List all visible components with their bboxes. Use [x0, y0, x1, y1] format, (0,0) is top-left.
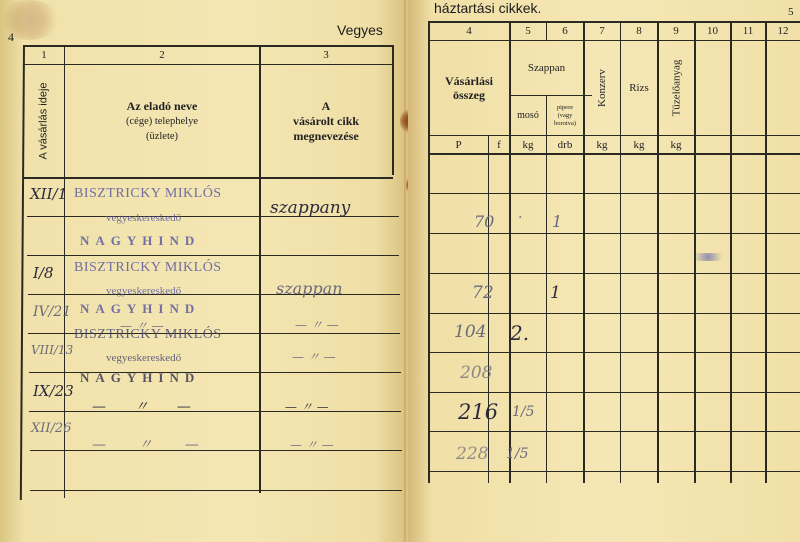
col-number-1: 1	[24, 46, 64, 64]
unit-pengo: P	[429, 136, 488, 153]
soap-toilet-cell: 1	[552, 212, 562, 231]
seller-stamp-place: NAGYHIND	[80, 233, 200, 249]
unit-row-line	[428, 153, 800, 155]
unit-kg: kg	[621, 136, 657, 153]
amount-cell: 104	[454, 322, 486, 342]
col-number-5: 5	[510, 22, 546, 40]
unit-kg: kg	[584, 136, 620, 153]
amount-cell: 70	[474, 212, 494, 231]
col-number-3: 3	[260, 46, 392, 64]
col-number-6: 6	[547, 22, 583, 40]
col-divider-5-6	[546, 95, 547, 483]
header-canned-label: Konzerv	[596, 69, 608, 107]
header-fuel-label: Tüzelőanyag	[670, 60, 682, 117]
header-purchase-date: A vásárlás ideje	[24, 65, 64, 177]
date-cell: VIII/13	[31, 343, 73, 357]
header-soap-washing: mosó	[510, 96, 546, 135]
unit-kg: kg	[510, 136, 546, 153]
seller-stamp-name: BISZTRICKY MIKLÓS	[74, 260, 222, 276]
col-number-7: 7	[584, 22, 620, 40]
soap-washing-cell: 2.	[510, 321, 529, 345]
item-cell: szappan	[276, 279, 343, 298]
date-cell: I/8	[33, 264, 54, 282]
date-cell: XII/1	[30, 185, 67, 203]
header-rice: Rizs	[621, 41, 657, 135]
seller-stamp-name: BISZTRICKY MIKLÓS	[74, 327, 222, 343]
header-seller-line3: (üzlete)	[146, 129, 178, 144]
page-title-left: Vegyes	[337, 22, 383, 38]
row-line	[428, 313, 800, 314]
row-line	[27, 255, 399, 256]
row-line	[428, 233, 800, 234]
header-purchase-amount: Vásárlási összeg	[429, 41, 509, 135]
header-fuel: Tüzelőanyag	[658, 41, 694, 135]
unit-kg: kg	[658, 136, 694, 153]
amount-cell: 216	[458, 400, 498, 424]
col-divider-11-12	[765, 21, 767, 483]
seller-stamp-trade: vegyeskereskedő	[106, 285, 181, 297]
page-number-right: 5	[788, 6, 794, 18]
soap-washing-cell: ·	[518, 210, 522, 226]
header-item-line3: megnevezése	[293, 129, 358, 144]
item-cell: — 〃 —	[285, 398, 329, 415]
seller-stamp-place: NAGYHIND	[80, 370, 200, 386]
amount-cell: 228	[456, 444, 488, 464]
header-soap: Szappan	[510, 41, 583, 95]
row-line	[30, 450, 402, 451]
page-number-left: 4	[8, 30, 14, 45]
row-line	[428, 352, 800, 353]
row-line	[428, 471, 800, 472]
item-cell: — 〃 —	[292, 348, 336, 365]
seller-stamp-place: NAGYHIND	[80, 301, 200, 317]
unit-filler: f	[489, 136, 509, 153]
page-title-right: háztartási cikkek.	[434, 0, 541, 16]
col-number-11: 11	[731, 22, 765, 40]
header-canned: Konzerv	[584, 41, 620, 135]
header-purchase-date-label: A vásárlás ideje	[38, 82, 50, 159]
row-line	[428, 392, 800, 393]
item-cell: — 〃 —	[295, 316, 339, 333]
amount-cell: 72	[472, 283, 494, 303]
header-item-line1: A	[322, 99, 331, 114]
header-item-line2: vásárolt cikk	[293, 114, 359, 129]
col-divider-10-11	[730, 21, 732, 483]
seller-stamp-name: BISZTRICKY MIKLÓS	[74, 186, 222, 202]
seller-ditto: — 〃 —	[92, 434, 213, 454]
col-divider-p-f	[488, 135, 489, 483]
header-soap-toilet: pipere (vagy borotva)	[547, 96, 583, 135]
col-number-2: 2	[65, 46, 259, 64]
row-line	[30, 490, 402, 491]
table-right-border	[392, 45, 394, 175]
soap-washing-cell: 1/5	[512, 404, 535, 420]
header-seller-line2: (cége) telephelye	[126, 114, 198, 129]
soap-toilet-cell: 1	[550, 283, 561, 303]
ink-spots	[688, 253, 728, 261]
left-page: 4 Vegyes 1 2 3 A vásárlás ideje Az eladó…	[0, 0, 408, 542]
date-cell: XII/26	[31, 421, 71, 436]
item-cell: szappany	[270, 198, 350, 218]
amount-cell: 208	[460, 363, 492, 383]
col-number-10: 10	[695, 22, 730, 40]
row-line	[428, 431, 800, 432]
row-line	[428, 273, 800, 274]
right-page: háztartási cikkek. 5 4 5 6 7 8 9 10 11 1…	[408, 0, 800, 542]
col-number-9: 9	[658, 22, 694, 40]
row-line	[28, 294, 400, 295]
seller-stamp-trade: vegyeskereskedő	[106, 212, 181, 224]
date-cell: IV/21	[33, 304, 71, 320]
col-number-8: 8	[621, 22, 657, 40]
header-seller: Az eladó neve (cége) telephelye (üzlete)	[65, 65, 259, 177]
soap-washing-cell: 1/5	[506, 446, 529, 462]
item-cell: — 〃 —	[290, 436, 334, 453]
seller-stamp-trade: vegyeskereskedő	[106, 352, 181, 364]
col-divider-9-10	[694, 21, 696, 483]
header-bottom-border	[23, 177, 393, 179]
row-line	[428, 193, 800, 194]
row-line	[29, 411, 401, 412]
header-item: A vásárolt cikk megnevezése	[260, 65, 392, 177]
seller-ditto: — 〃 —	[92, 396, 203, 416]
header-seller-title: Az eladó neve	[127, 99, 198, 114]
unit-drb: drb	[547, 136, 583, 153]
col-number-12: 12	[766, 22, 800, 40]
date-cell: IX/23	[33, 382, 74, 400]
col-number-4: 4	[429, 22, 509, 40]
